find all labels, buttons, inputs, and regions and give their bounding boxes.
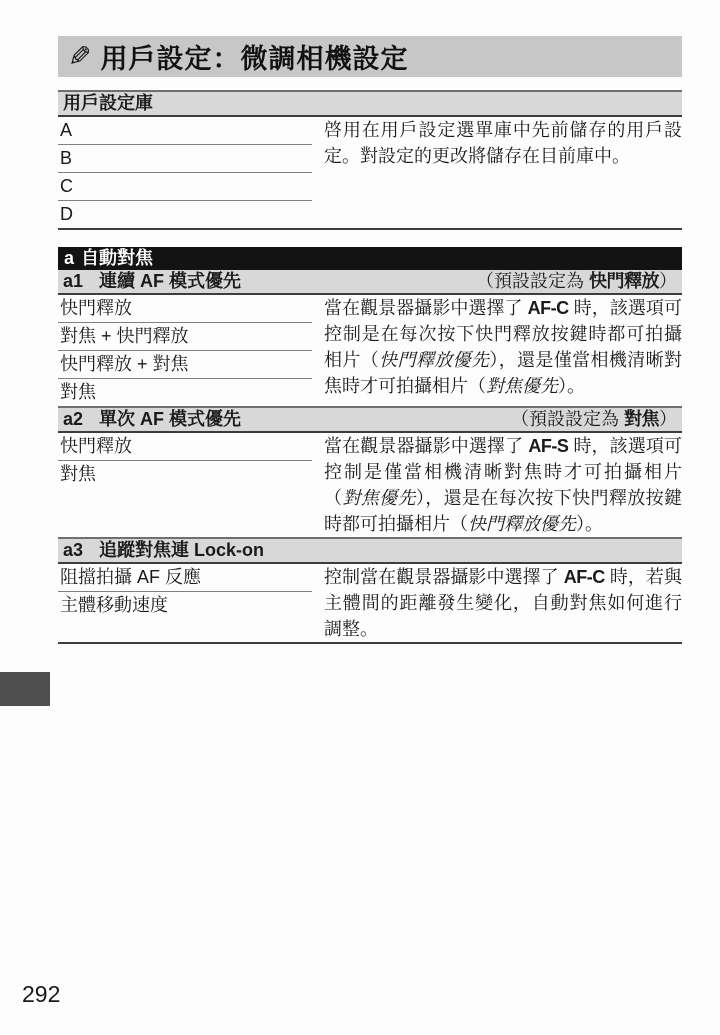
a1-header-left: a1 連續 AF 模式優先 [63,270,241,293]
a1-options-column: 快門釋放 對焦 + 快門釋放 快門釋放 + 對焦 對焦 [58,295,312,406]
a3-option-row: 阻擋拍攝 AF 反應 [58,564,312,592]
a2-header: a2 單次 AF 模式優先 （預設設定為 對焦） [58,406,682,433]
bank-row-a: A [58,117,312,145]
a3-body: 阻擋拍攝 AF 反應 主體移動速度 控制當在觀景器攝影中選擇了 AF-C 時，若… [58,564,682,644]
page-title: 用戶設定：微調相機設定 [100,37,408,76]
a1-option-row: 快門釋放 + 對焦 [58,351,312,379]
bank-description: 啓用在用戶設定選單庫中先前儲存的用戶設定。對設定的更改將儲存在目前庫中。 [324,117,682,169]
a2-body: 快門釋放 對焦 當在觀景器攝影中選擇了 AF-S 時，該選項可控制是僅當相機清晰… [58,433,682,537]
bank-options-column: A B C D [58,117,312,228]
a3-description-column: 控制當在觀景器攝影中選擇了 AF-C 時，若與主體間的距離發生變化，自動對焦如何… [312,564,682,642]
a3-header-left: a3 追蹤對焦連 Lock-on [63,539,264,562]
manual-page: ✎ 用戶設定：微調相機設定 用戶設定庫 A B C D 啓用在用戶設定選單庫中先… [0,0,720,1035]
a2-description-column: 當在觀景器攝影中選擇了 AF-S 時，該選項可控制是僅當相機清晰對焦時才可拍攝相… [312,433,682,537]
a2-header-left: a2 單次 AF 模式優先 [63,408,241,431]
bank-section-header: 用戶設定庫 [58,90,682,117]
a3-description: 控制當在觀景器攝影中選擇了 AF-C 時，若與主體間的距離發生變化，自動對焦如何… [324,564,682,642]
chapter-side-tab [0,672,50,706]
group-a-label: 自動對焦 [81,248,153,268]
bank-description-column: 啓用在用戶設定選單庫中先前儲存的用戶設定。對設定的更改將儲存在目前庫中。 [312,117,682,228]
a1-body: 快門釋放 對焦 + 快門釋放 快門釋放 + 對焦 對焦 當在觀景器攝影中選擇了 … [58,295,682,406]
a1-option-row: 對焦 [58,379,312,406]
a1-option-row: 對焦 + 快門釋放 [58,323,312,351]
bank-row-c: C [58,173,312,201]
group-a-id: a [64,248,74,268]
page-title-bar: ✎ 用戶設定：微調相機設定 [58,36,682,77]
a1-header: a1 連續 AF 模式優先 （預設設定為 快門釋放） [58,270,682,295]
a2-option-row: 對焦 [58,461,312,488]
section-a2: a2 單次 AF 模式優先 （預設設定為 對焦） 快門釋放 對焦 當在觀景器攝影… [58,406,682,537]
bank-row-b: B [58,145,312,173]
a1-title: 連續 AF 模式優先 [99,270,241,293]
a1-description: 當在觀景器攝影中選擇了 AF-C 時，該選項可控制是在每次按下快門釋放按鍵時都可… [324,295,682,399]
bank-section-body: A B C D 啓用在用戶設定選單庫中先前儲存的用戶設定。對設定的更改將儲存在目… [58,117,682,230]
section-a1: a1 連續 AF 模式優先 （預設設定為 快門釋放） 快門釋放 對焦 + 快門釋… [58,270,682,406]
section-user-settings-bank: 用戶設定庫 A B C D 啓用在用戶設定選單庫中先前儲存的用戶設定。對設定的更… [58,90,682,230]
bank-section-title: 用戶設定庫 [63,92,153,115]
a3-title: 追蹤對焦連 Lock-on [99,539,264,562]
a2-options-column: 快門釋放 對焦 [58,433,312,537]
group-a-bar: a自動對焦 [58,247,682,270]
a2-title: 單次 AF 模式優先 [99,408,241,431]
a3-options-column: 阻擋拍攝 AF 反應 主體移動速度 [58,564,312,642]
pencil-icon: ✎ [68,43,91,71]
a1-id: a1 [63,270,83,293]
a1-default-setting: （預設設定為 快門釋放） [476,270,677,293]
a2-id: a2 [63,408,83,431]
a3-header: a3 追蹤對焦連 Lock-on [58,537,682,564]
section-a3: a3 追蹤對焦連 Lock-on 阻擋拍攝 AF 反應 主體移動速度 控制當在觀… [58,537,682,644]
page-number: 292 [22,981,60,1008]
a3-id: a3 [63,539,83,562]
a2-default-setting: （預設設定為 對焦） [511,408,677,431]
a2-description: 當在觀景器攝影中選擇了 AF-S 時，該選項可控制是僅當相機清晰對焦時才可拍攝相… [324,433,682,537]
bank-row-d: D [58,201,312,228]
a3-option-row: 主體移動速度 [58,592,312,619]
a2-option-row: 快門釋放 [58,433,312,461]
a1-description-column: 當在觀景器攝影中選擇了 AF-C 時，該選項可控制是在每次按下快門釋放按鍵時都可… [312,295,682,406]
page-content: ✎ 用戶設定：微調相機設定 用戶設定庫 A B C D 啓用在用戶設定選單庫中先… [58,36,682,644]
a1-option-row: 快門釋放 [58,295,312,323]
